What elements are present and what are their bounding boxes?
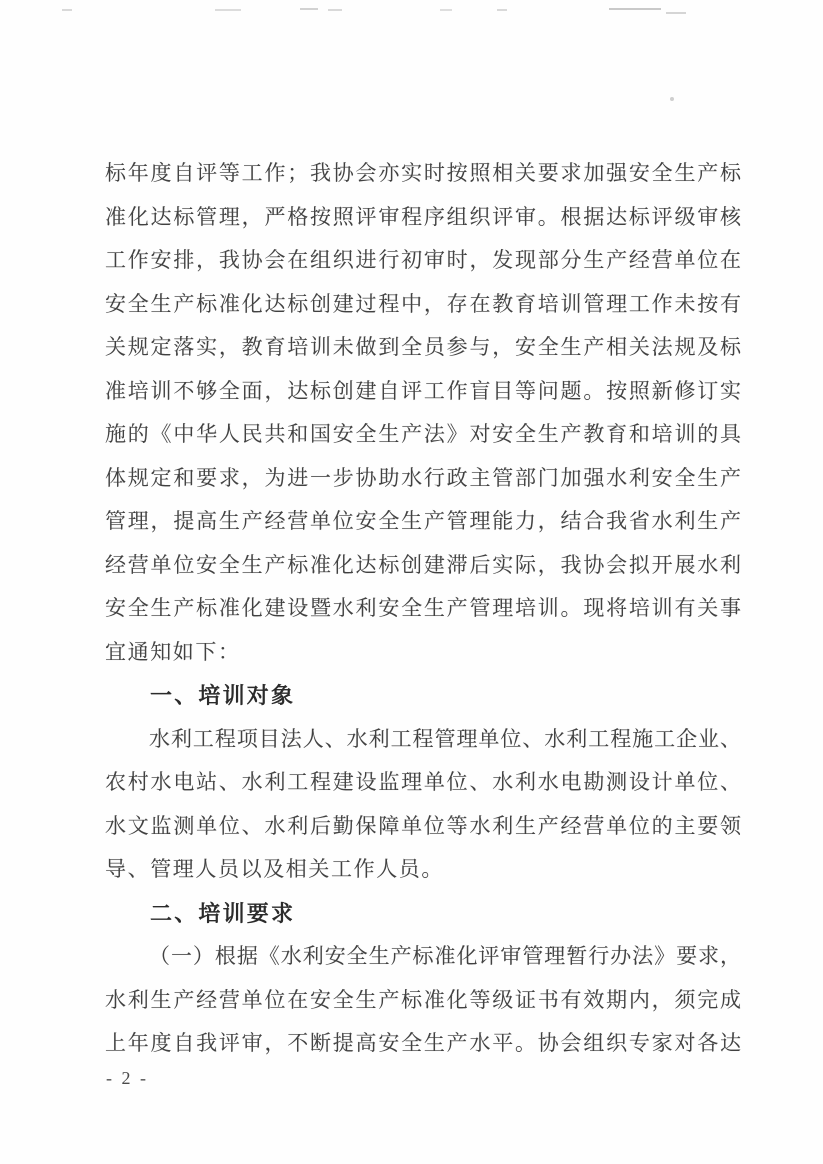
- text-line: 水利生产经营单位在安全生产标准化等级证书有效期内，须完成: [105, 979, 741, 1023]
- scan-speck: [440, 9, 452, 11]
- text-line: 宜通知如下：: [105, 631, 741, 675]
- text-line: 管理，提高生产经营单位安全生产管理能力，结合我省水利生产: [105, 500, 741, 544]
- text-line: 水利工程项目法人、水利工程管理单位、水利工程施工企业、: [105, 718, 741, 762]
- text-line: 施的《中华人民共和国安全生产法》对安全生产教育和培训的具: [105, 413, 741, 457]
- scan-speck: [497, 9, 507, 11]
- scan-speck: [609, 8, 661, 10]
- text-line: 安全生产标准化达标创建过程中，存在教育培训管理工作未按有: [105, 283, 741, 327]
- text-line: 准化达标管理，严格按照评审程序组织评审。根据达标评级审核: [105, 196, 741, 240]
- text-line: 导、管理人员以及相关工作人员。: [105, 848, 741, 892]
- document-body: 标年度自评等工作；我协会亦实时按照相关要求加强安全生产标准化达标管理，严格按照评…: [105, 152, 741, 1066]
- text-line: 经营单位安全生产标准化达标创建滞后实际，我协会拟开展水利: [105, 544, 741, 588]
- section-heading: 一、培训对象: [105, 674, 741, 718]
- scan-speck: [300, 8, 318, 10]
- scan-speck: [328, 9, 342, 11]
- text-line: 水文监测单位、水利后勤保障单位等水利生产经营单位的主要领: [105, 805, 741, 849]
- scan-speck: [670, 97, 674, 101]
- text-line: （一）根据《水利安全生产标准化评审管理暂行办法》要求，: [105, 935, 741, 979]
- text-line: 上年度自我评审，不断提高安全生产水平。协会组织专家对各达: [105, 1022, 741, 1066]
- text-line: 体规定和要求，为进一步协助水行政主管部门加强水利安全生产: [105, 457, 741, 501]
- text-line: 工作安排，我协会在组织进行初审时，发现部分生产经营单位在: [105, 239, 741, 283]
- text-line: 关规定落实，教育培训未做到全员参与，安全生产相关法规及标: [105, 326, 741, 370]
- section-heading: 二、培训要求: [105, 892, 741, 936]
- scan-speck: [62, 9, 72, 11]
- page-number: - 2 -: [106, 1068, 149, 1089]
- scan-speck: [666, 12, 686, 14]
- text-line: 农村水电站、水利工程建设监理单位、水利水电勘测设计单位、: [105, 761, 741, 805]
- text-line: 安全生产标准化建设暨水利安全生产管理培训。现将培训有关事: [105, 587, 741, 631]
- text-line: 标年度自评等工作；我协会亦实时按照相关要求加强安全生产标: [105, 152, 741, 196]
- scan-speck: [215, 9, 241, 11]
- scanned-document-page: 标年度自评等工作；我协会亦实时按照相关要求加强安全生产标准化达标管理，严格按照评…: [0, 0, 823, 1164]
- text-line: 准培训不够全面，达标创建自评工作盲目等问题。按照新修订实: [105, 370, 741, 414]
